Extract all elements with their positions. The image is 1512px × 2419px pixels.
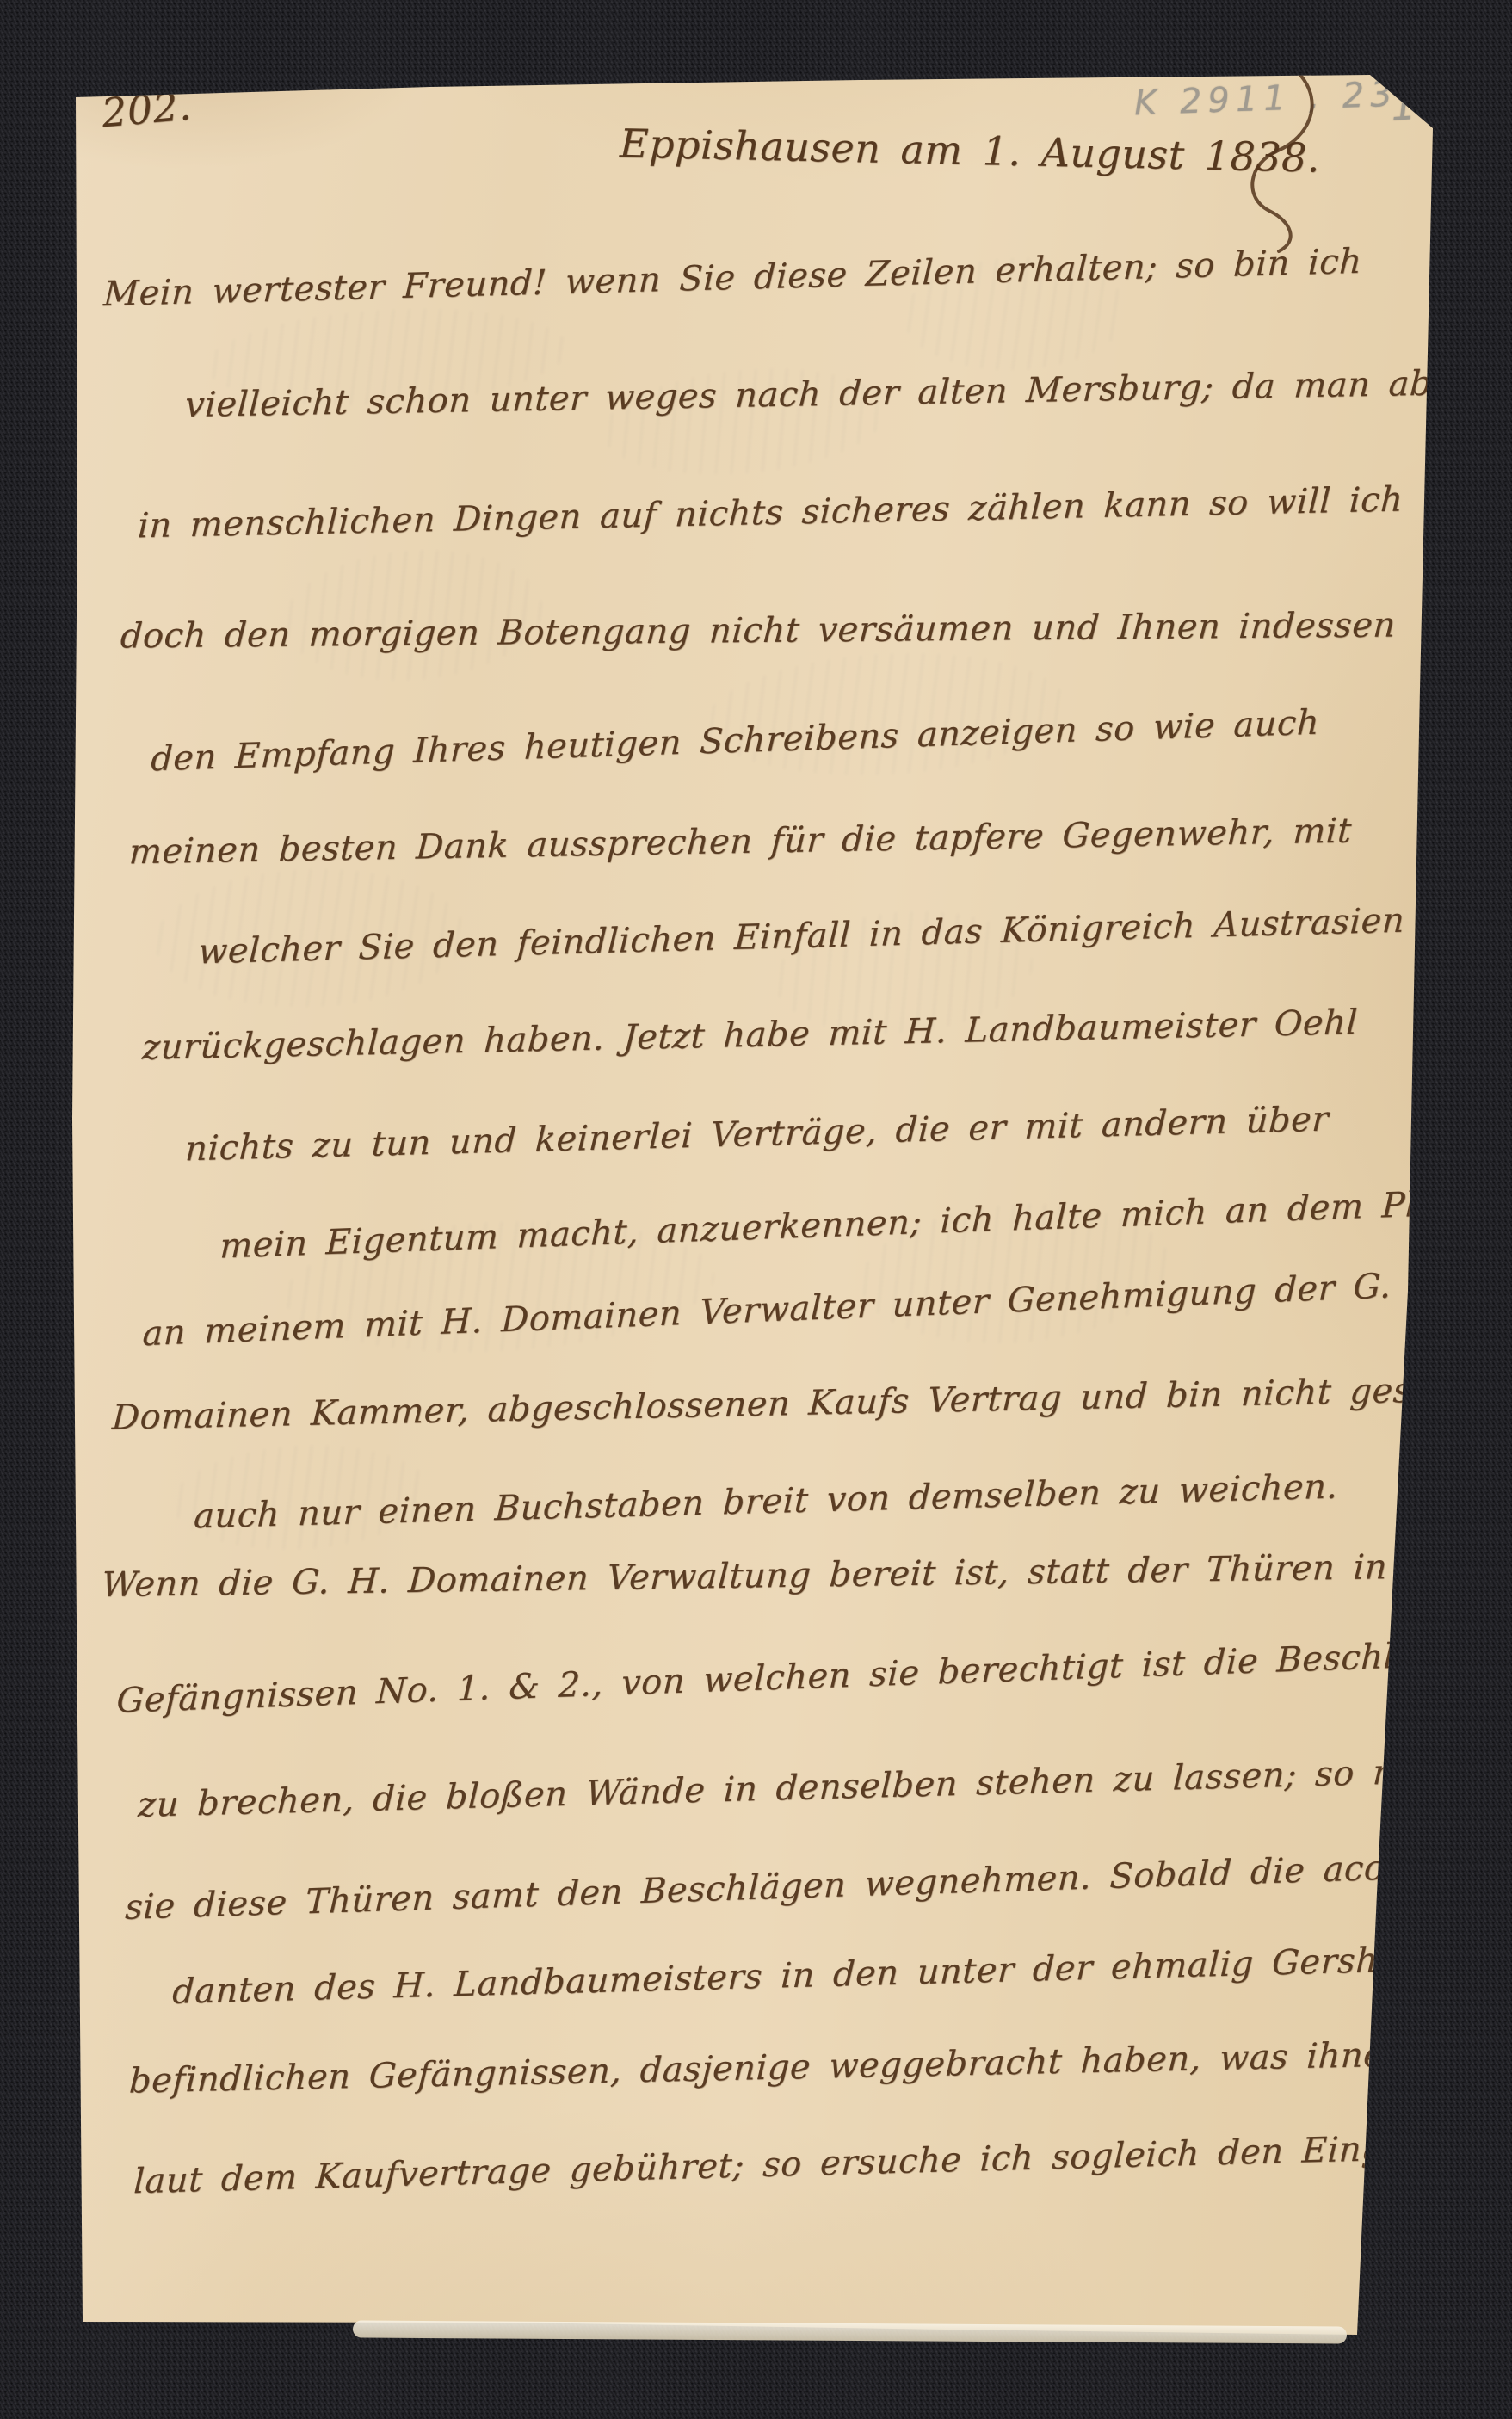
letter-line: zurückgeschlagen haben. Jetzt habe mit H… [141,1003,1359,1068]
letter-line: nichts zu tun und keinerlei Verträge, di… [184,1100,1330,1169]
letter-line: danten des H. Landbaumeisters in den unt… [171,1931,1512,2012]
pencil-folio-number: 1 [1389,82,1417,130]
letter-line: Mein wertester Freund! wenn Sie diese Ze… [102,242,1362,314]
pencil-annotation: K 2911 , 23 [1133,75,1398,124]
letter-line: sie diese Thüren samt den Beschlägen weg… [124,1847,1434,1928]
archive-photo-background: 202. K 2911 , 23 1 Eppishausen am 1. Aug… [0,0,1512,2419]
page-number: 202. [100,83,194,137]
letter-line: in menschlichen Dingen auf nichts sicher… [137,480,1404,546]
letter-line: befindlichen Gefängnissen, dasjenige weg… [128,2034,1408,2101]
letter-line: Wenn die G. H. Domainen Verwaltung berei… [101,1546,1472,1605]
letter-line: Domainen Kammer, abgeschlossenen Kaufs V… [111,1369,1483,1437]
letter-line: mein Eigentum macht, anzuerkennen; ich h… [219,1182,1482,1266]
letter-paper: 202. K 2911 , 23 1 Eppishausen am 1. Aug… [0,0,1512,2419]
letter-line: Gefängnissen No. 1. & 2., von welchen si… [116,1632,1512,1721]
dateline: Eppishausen am 1. August 1838. [620,120,1321,181]
letter-line: meinen besten Dank aussprechen für die t… [128,811,1353,873]
letter-line: zu brechen, die bloßen Wände in denselbe… [137,1751,1450,1825]
letter-line: laut dem Kaufvertrage gebühret; so ersuc… [133,2127,1462,2201]
